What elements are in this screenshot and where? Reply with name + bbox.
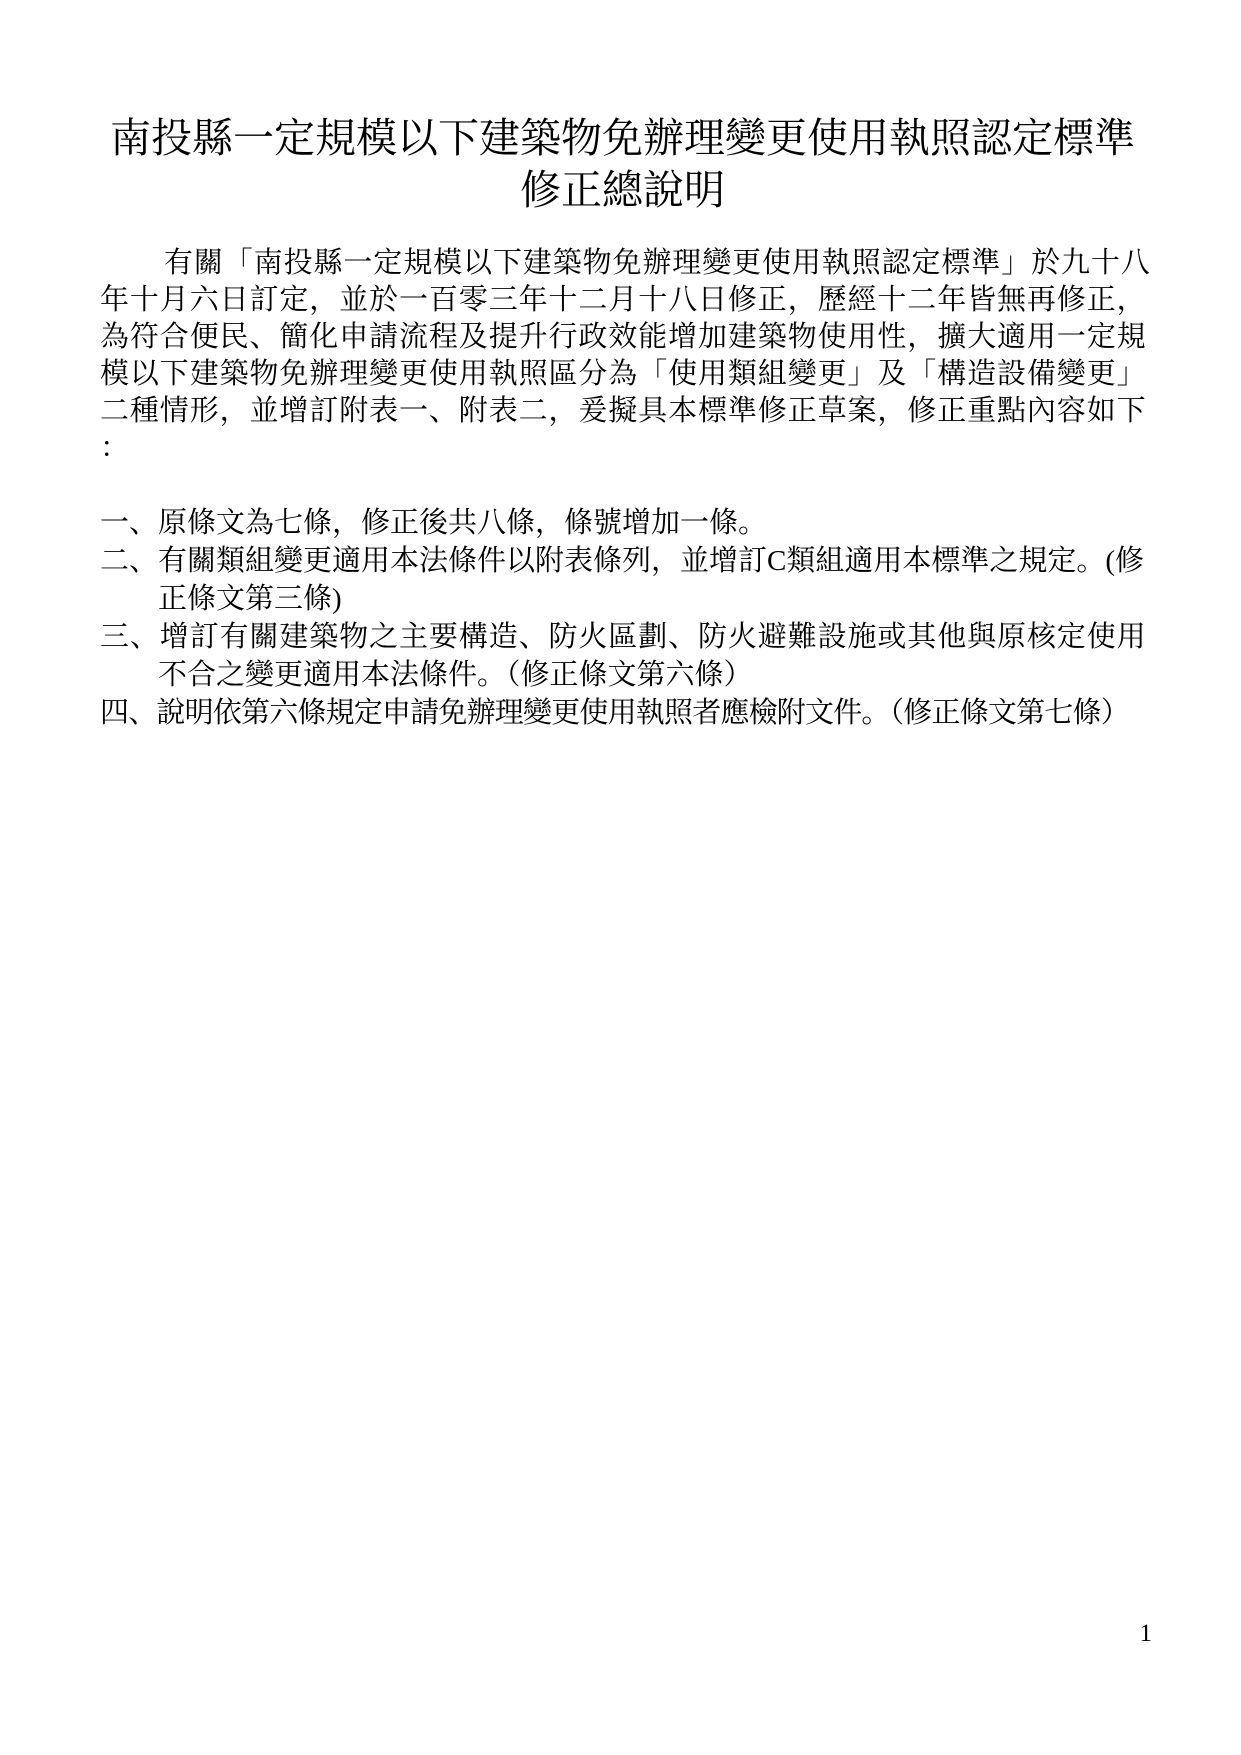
intro-paragraph: 有關「南投縣一定規模以下建築物免辦理變更使用執照認定標準」於九十八 年十月六日訂…	[100, 245, 1145, 467]
list-item-3-continuation: 不合之變更適用本法條件。（修正條文第六條）	[100, 656, 1145, 694]
paragraph-line: 為符合便民、簡化申請流程及提升行政效能增加建築物使用性，擴大適用一定規	[100, 319, 1145, 356]
page-number: 1	[1140, 1620, 1153, 1648]
paragraph-line: 有關「南投縣一定規模以下建築物免辦理變更使用執照認定標準」於九十八	[100, 245, 1145, 282]
list-item-4-line: 四、說明依第六條規定申請免辦理變更使用執照者應檢附文件。（修正條文第七條）	[100, 694, 1145, 732]
document-page: 南投縣一定規模以下建築物免辦理變更使用執照認定標準 修正總說明 有關「南投縣一定…	[0, 0, 1241, 1755]
list-item-1-line: 一、原條文為七條，修正後共八條，條號增加一條。	[100, 504, 1145, 542]
amendment-list: 一、原條文為七條，修正後共八條，條號增加一條。 二、有關類組變更適用本法條件以附…	[100, 504, 1145, 732]
document-content: 南投縣一定規模以下建築物免辦理變更使用執照認定標準 修正總說明 有關「南投縣一定…	[100, 112, 1145, 732]
list-item-2-continuation: 正條文第三條)	[100, 580, 1145, 618]
paragraph-line: 模以下建築物免辦理變更使用執照區分為「使用類組變更」及「構造設備變更」	[100, 356, 1145, 393]
title-line-2: 修正總說明	[100, 164, 1145, 216]
paragraph-line: 年十月六日訂定，並於一百零三年十二月十八日修正，歷經十二年皆無再修正，	[100, 282, 1145, 319]
paragraph-line: 二種情形，並增訂附表一、附表二，爰擬具本標準修正草案，修正重點內容如下	[100, 393, 1145, 430]
blank-line	[100, 467, 1145, 504]
paragraph-line: ：	[100, 430, 1145, 467]
title-line-1: 南投縣一定規模以下建築物免辦理變更使用執照認定標準	[100, 112, 1145, 164]
list-item-2-line: 二、有關類組變更適用本法條件以附表條列，並增訂C類組適用本標準之規定。(修	[100, 542, 1145, 580]
page-title: 南投縣一定規模以下建築物免辦理變更使用執照認定標準 修正總說明	[100, 112, 1145, 216]
list-item-3-line: 三、增訂有關建築物之主要構造、防火區劃、防火避難設施或其他與原核定使用	[100, 618, 1145, 656]
